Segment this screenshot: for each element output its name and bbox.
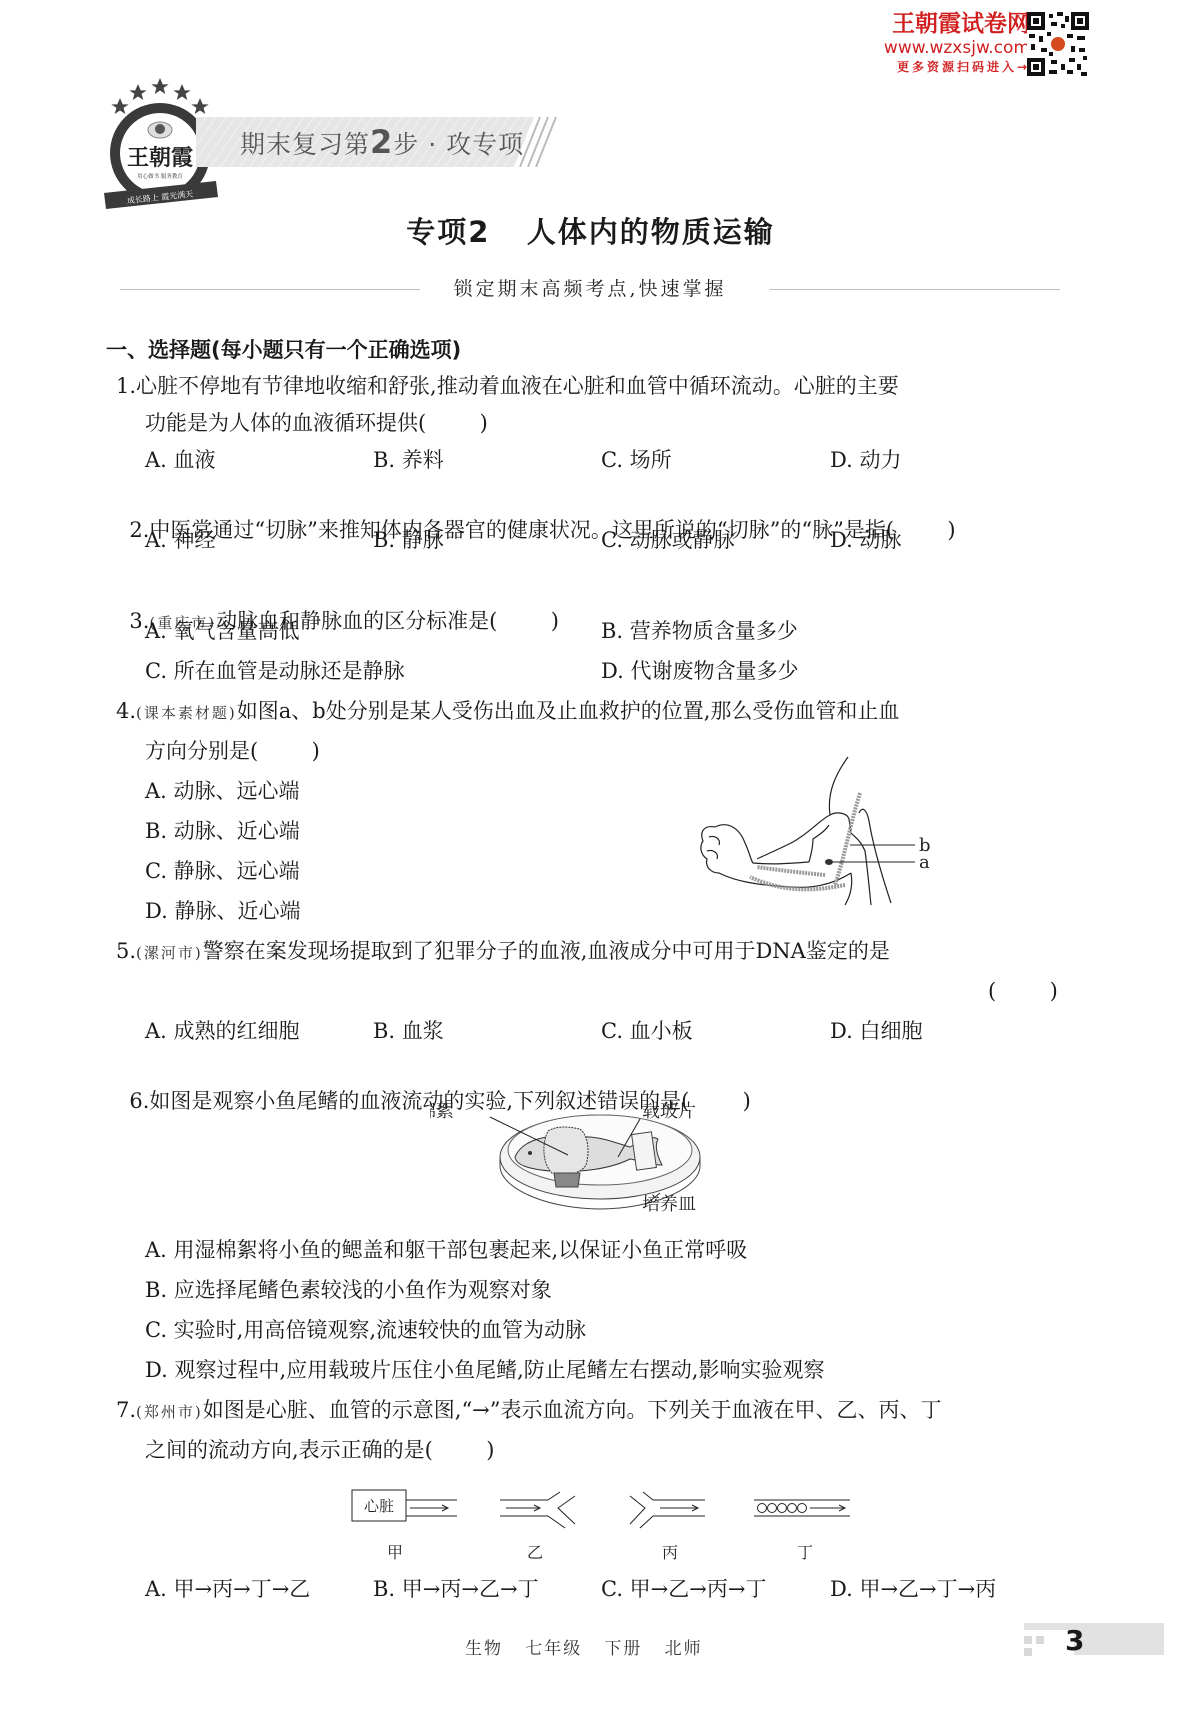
q7-option-c[interactable]: C. 甲→乙→丙→丁: [601, 1574, 766, 1604]
page-number: 3: [1065, 1622, 1084, 1660]
q6-option-c[interactable]: C. 实验时,用高倍镜观察,流速较快的血管为动脉: [145, 1315, 586, 1345]
q1-option-c[interactable]: C. 场所: [601, 445, 672, 475]
question-number: 7.: [116, 1398, 136, 1422]
q3-option-c[interactable]: C. 所在血管是动脉还是静脉: [145, 656, 405, 686]
arm-bleeding-figure: b a: [695, 755, 945, 905]
banner-text: 期末复习第2步 · 攻专项: [240, 121, 524, 166]
q6-option-d[interactable]: D. 观察过程中,应用载玻片压住小鱼尾鳍,防止尾鳍左右摆动,影响实验观察: [145, 1355, 824, 1385]
q5-option-d[interactable]: D. 白细胞: [830, 1016, 922, 1046]
question-4: 4.(课本素材题)如图a、b处分别是某人受伤出血及止血救护的位置,那么受伤血管和…: [116, 696, 899, 728]
page-deco-square: [1024, 1636, 1032, 1644]
q5-option-c[interactable]: C. 血小板: [601, 1016, 693, 1046]
brand-url[interactable]: www.wzxsjw.com: [850, 38, 1030, 58]
q3-option-a[interactable]: A. 氧气含量高低: [145, 616, 300, 646]
q3-option-b[interactable]: B. 营养物质含量多少: [601, 616, 798, 646]
question-number: 4.: [116, 699, 136, 723]
qr-code-icon[interactable]: [1027, 12, 1089, 76]
logo-name: 王朝霞: [127, 145, 193, 171]
question-1: 1.心脏不停地有节律地收缩和舒张,推动着血液在心脏和血管中循环流动。心脏的主要: [116, 371, 899, 401]
brand-block: 王朝霞试卷网 www.wzxsjw.com 更多资源扫码进入→: [850, 10, 1030, 76]
brand-name: 王朝霞试卷网: [850, 10, 1030, 38]
brand-more: 更多资源扫码进入→: [850, 58, 1030, 76]
answer-blank[interactable]: ( ): [988, 976, 1058, 1006]
vessel-label-jia: 甲: [387, 1543, 403, 1562]
vessel-label-ding: 丁: [797, 1543, 813, 1562]
heart-label: 心脏: [364, 1497, 394, 1515]
subtitle-row: 锁定期末高频考点,快速掌握: [120, 275, 1060, 305]
banner-step: 2: [370, 123, 393, 161]
q5-option-b[interactable]: B. 血浆: [373, 1016, 444, 1046]
section-heading: 一、选择题(每小题只有一个正确选项): [106, 335, 461, 365]
figure-label-slide: 载玻片: [642, 1101, 696, 1122]
question-source: (郑州市): [136, 1403, 203, 1421]
question-4-line2: 方向分别是( ): [145, 736, 320, 766]
question-text: 如图a、b处分别是某人受伤出血及止血救护的位置,那么受伤血管和止血: [237, 699, 900, 723]
q5-option-a[interactable]: A. 成熟的红细胞: [145, 1016, 300, 1046]
q4-option-d[interactable]: D. 静脉、近心端: [145, 896, 300, 926]
footer-book-info: 生物 七年级 下册 北师: [465, 1634, 703, 1659]
q1-option-d[interactable]: D. 动力: [830, 445, 901, 475]
q7-option-b[interactable]: B. 甲→丙→乙→丁: [373, 1574, 539, 1604]
question-text: 心脏不停地有节律地收缩和舒张,推动着血液在心脏和血管中循环流动。心脏的主要: [136, 374, 899, 398]
q2-option-b[interactable]: B. 静脉: [373, 525, 444, 555]
question-source: (漯河市): [136, 944, 203, 962]
q7-option-a[interactable]: A. 甲→丙→丁→乙: [145, 1574, 310, 1604]
q4-option-a[interactable]: A. 动脉、远心端: [145, 776, 300, 806]
q4-option-c[interactable]: C. 静脉、远心端: [145, 856, 300, 886]
page-deco-square: [1024, 1648, 1032, 1656]
svg-text:用心做书 服务教育: 用心做书 服务教育: [137, 172, 183, 180]
question-7: 7.(郑州市)如图是心脏、血管的示意图,“→”表示血流方向。下列关于血液在甲、乙…: [116, 1395, 942, 1427]
q1-option-b[interactable]: B. 养料: [373, 445, 444, 475]
q3-option-d[interactable]: D. 代谢废物含量多少: [601, 656, 798, 686]
question-1-line2: 功能是为人体的血液循环提供( ): [145, 408, 488, 438]
q1-option-a[interactable]: A. 血液: [145, 445, 216, 475]
heart-vessel-diagram: 心脏 甲 乙 丙 丁: [340, 1480, 880, 1565]
figure-label-cotton: 湿棉絮: [430, 1101, 454, 1122]
question-number: 1.: [116, 374, 136, 398]
vessel-label-yi: 乙: [527, 1543, 543, 1562]
page-subtitle: 锁定期末高频考点,快速掌握: [120, 275, 1060, 303]
question-number: 5.: [116, 939, 136, 963]
question-source: (课本素材题): [136, 704, 237, 722]
q2-option-d[interactable]: D. 动脉: [830, 525, 901, 555]
question-text: 如图是心脏、血管的示意图,“→”表示血流方向。下列关于血液在甲、乙、丙、丁: [203, 1398, 942, 1422]
fish-petri-dish-figure: 湿棉絮 载玻片 培养皿: [430, 1095, 790, 1220]
q2-option-c[interactable]: C. 动脉或静脉: [601, 525, 735, 555]
figure-label-a: a: [919, 852, 930, 873]
figure-label-dish: 培养皿: [642, 1194, 696, 1215]
q6-option-a[interactable]: A. 用湿棉絮将小鱼的鳃盖和躯干部包裹起来,以保证小鱼正常呼吸: [145, 1235, 747, 1265]
page-deco-square: [1036, 1636, 1044, 1644]
q2-option-a[interactable]: A. 神经: [145, 525, 216, 555]
q6-option-b[interactable]: B. 应选择尾鳍色素较浅的小鱼作为观察对象: [145, 1275, 552, 1305]
vessel-label-bing: 丙: [662, 1543, 678, 1562]
question-7-line2: 之间的流动方向,表示正确的是( ): [145, 1435, 494, 1465]
question-number: 6.: [129, 1089, 149, 1113]
q7-option-d[interactable]: D. 甲→乙→丁→丙: [830, 1574, 996, 1604]
q4-option-b[interactable]: B. 动脉、近心端: [145, 816, 300, 846]
question-text: 警察在案发现场提取到了犯罪分子的血液,血液成分中可用于DNA鉴定的是: [203, 939, 890, 963]
question-5: 5.(漯河市)警察在案发现场提取到了犯罪分子的血液,血液成分中可用于DNA鉴定的…: [116, 936, 890, 968]
page-title: 专项2 人体内的物质运输: [0, 212, 1181, 252]
